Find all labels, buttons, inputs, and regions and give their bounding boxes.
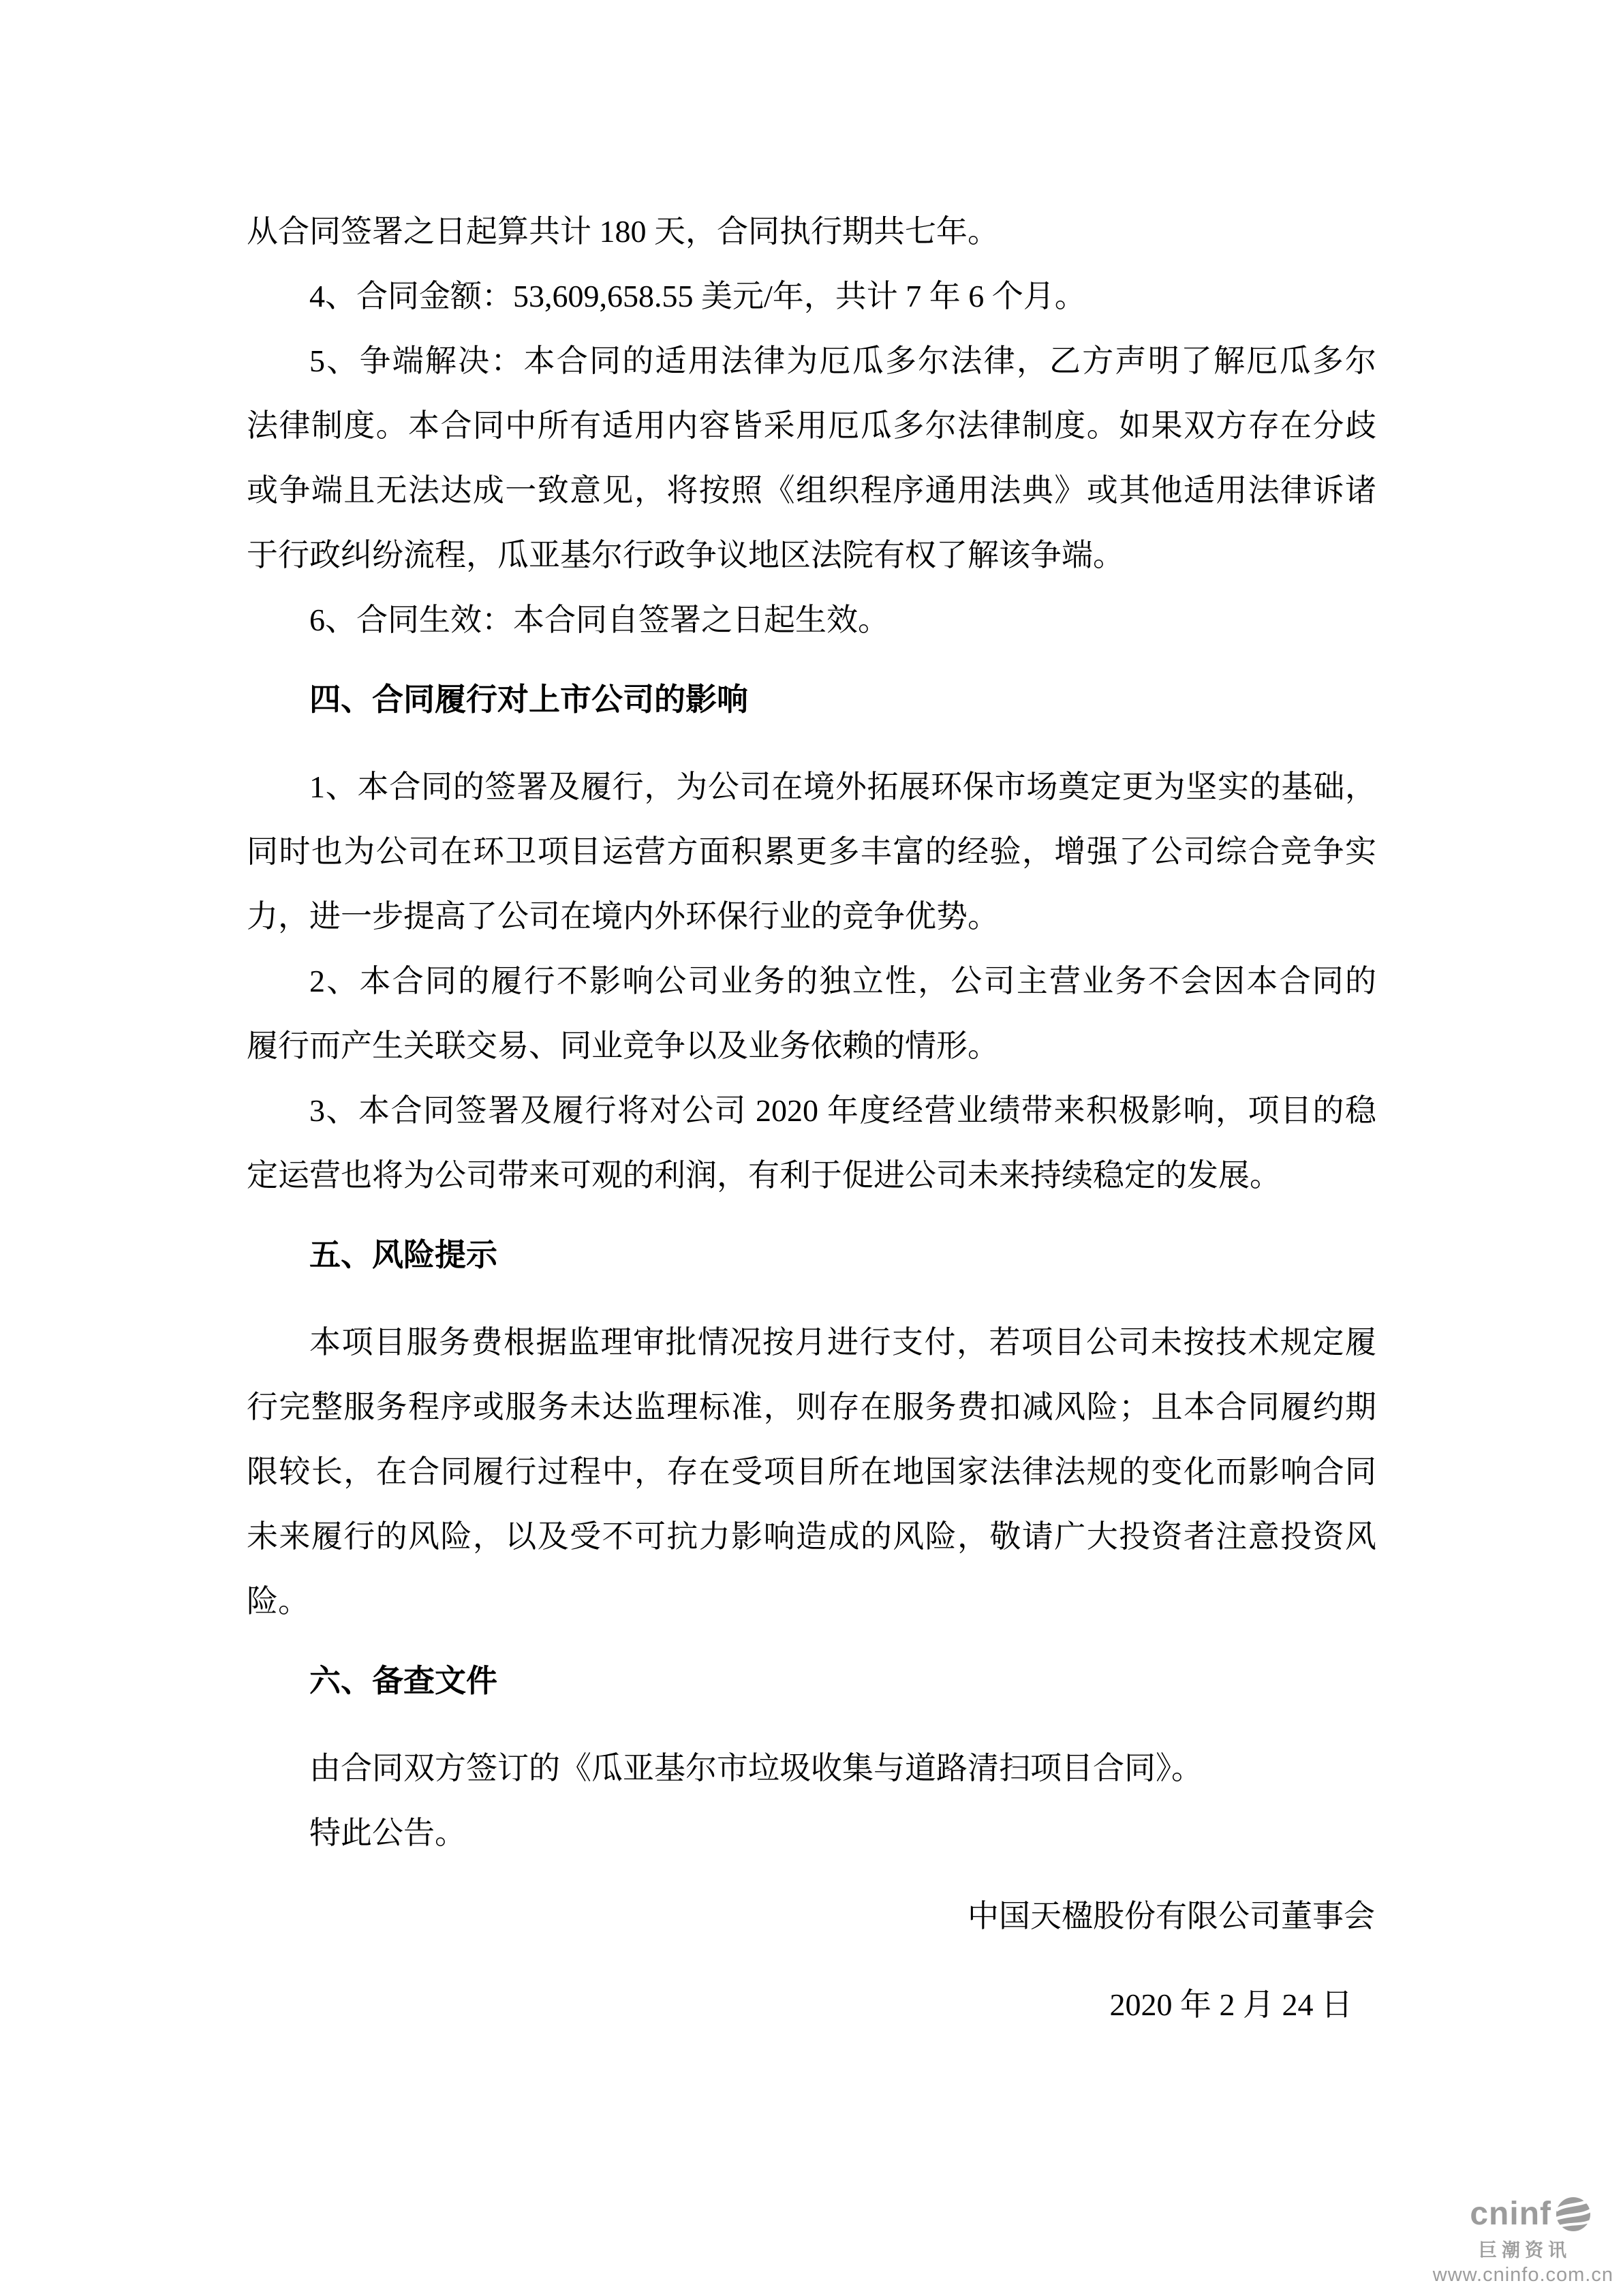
paragraph-line: 5、争端解决：本合同的适用法律为厄瓜多尔法律，乙方声明了解厄瓜多尔 <box>247 328 1376 393</box>
cninfo-logo: cninf 巨潮资讯 www.cninfo.com.cn <box>1320 2196 1613 2286</box>
paragraph-line: 由合同双方签订的《瓜亚基尔市垃圾收集与道路清扫项目合同》。 <box>247 1736 1376 1801</box>
paragraph-line: 定运营也将为公司带来可观的利润，有利于促进公司未来持续稳定的发展。 <box>247 1143 1376 1208</box>
paragraph-line: 法律制度。本合同中所有适用内容皆采用厄瓜多尔法律制度。如果双方存在分歧 <box>247 393 1376 458</box>
paragraph-line: 从合同签署之日起算共计 180 天，合同执行期共七年。 <box>247 199 1376 264</box>
document-body: 从合同签署之日起算共计 180 天，合同执行期共七年。4、合同金额：53,609… <box>247 199 1376 2037</box>
paragraph-line: 2、本合同的履行不影响公司业务的独立性，公司主营业务不会因本合同的 <box>247 949 1376 1013</box>
paragraph-line: 1、本合同的签署及履行，为公司在境外拓展环保市场奠定更为坚实的基础， <box>247 754 1376 819</box>
paragraph-line: 履行而产生关联交易、同业竞争以及业务依赖的情形。 <box>247 1013 1376 1078</box>
section-heading: 四、合同履行对上市公司的影响 <box>247 667 1376 732</box>
cninfo-brand-text: cninf <box>1470 2198 1551 2231</box>
cninfo-globe-icon <box>1555 2196 1592 2233</box>
section-heading: 五、风险提示 <box>247 1223 1376 1287</box>
paragraph-line: 4、合同金额：53,609,658.55 美元/年，共计 7 年 6 个月。 <box>247 264 1376 328</box>
paragraph-line: 限较长，在合同履行过程中，存在受项目所在地国家法律法规的变化而影响合同 <box>247 1439 1376 1504</box>
paragraph-line: 未来履行的风险，以及受不可抗力影响造成的风险，敬请广大投资者注意投资风 <box>247 1504 1376 1569</box>
paragraph-line: 险。 <box>247 1569 1376 1634</box>
paragraph-line: 于行政纠纷流程，瓜亚基尔行政争议地区法院有权了解该争端。 <box>247 523 1376 587</box>
cninfo-logo-row: cninf <box>1320 2196 1613 2233</box>
paragraph-line: 本项目服务费根据监理审批情况按月进行支付，若项目公司未按技术规定履 <box>247 1310 1376 1375</box>
date-line: 2020 年 2 月 24 日 <box>247 1972 1376 2037</box>
paragraph-line: 行完整服务程序或服务未达监理标准，则存在服务费扣减风险；且本合同履约期 <box>247 1375 1376 1439</box>
document-page: 从合同签署之日起算共计 180 天，合同执行期共七年。4、合同金额：53,609… <box>0 0 1623 2296</box>
paragraph-line: 6、合同生效：本合同自签署之日起生效。 <box>247 587 1376 652</box>
cninfo-chinese-name: 巨潮资讯 <box>1320 2235 1613 2262</box>
paragraph-line: 3、本合同签署及履行将对公司 2020 年度经营业绩带来积极影响，项目的稳 <box>247 1078 1376 1143</box>
paragraph-line: 同时也为公司在环卫项目运营方面积累更多丰富的经验，增强了公司综合竞争实 <box>247 819 1376 884</box>
signature-line: 中国天楹股份有限公司董事会 <box>247 1884 1376 1948</box>
paragraph-line: 或争端且无法达成一致意见，将按照《组织程序通用法典》或其他适用法律诉诸 <box>247 458 1376 523</box>
paragraph-line: 特此公告。 <box>247 1801 1376 1865</box>
paragraph-line: 力，进一步提高了公司在境内外环保行业的竞争优势。 <box>247 884 1376 949</box>
section-heading: 六、备查文件 <box>247 1649 1376 1713</box>
cninfo-website: www.cninfo.com.cn <box>1320 2264 1613 2286</box>
